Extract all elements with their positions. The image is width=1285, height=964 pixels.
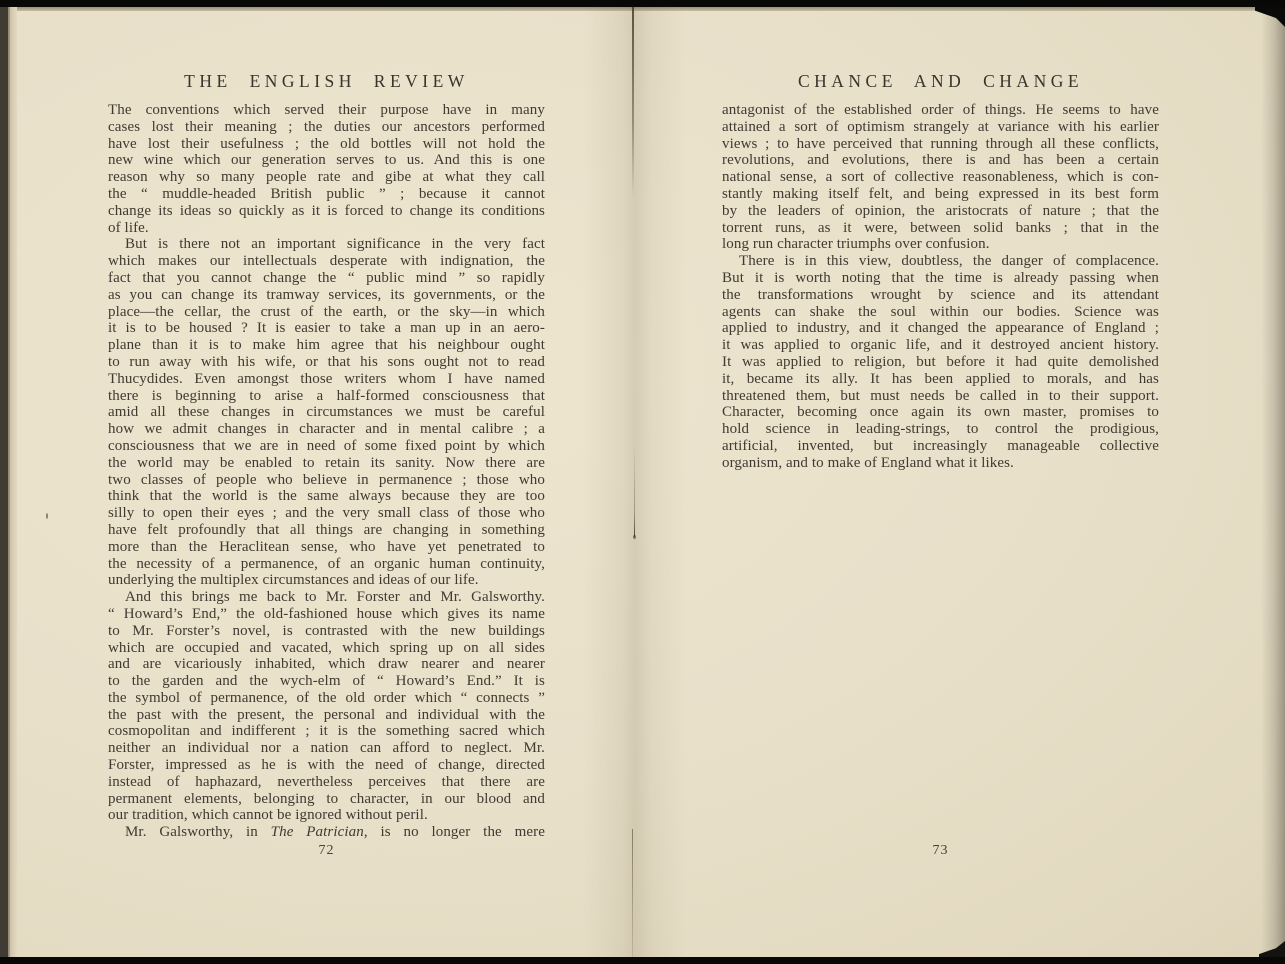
text-line: Mr. Galsworthy, in The Patrician, is no … xyxy=(108,824,545,841)
text-segment: , is no longer the mere xyxy=(364,824,545,840)
text-line: instead of haphazard, nevertheless perce… xyxy=(108,774,545,791)
text-line: to the garden and the wych-elm of “ Howa… xyxy=(108,673,545,690)
text-line: permanent elements, belonging to charact… xyxy=(108,791,545,808)
spine-crease-top xyxy=(632,7,634,197)
left-page-running-header: THE ENGLISH REVIEW xyxy=(108,71,545,92)
text-line: our tradition, which cannot be ignored w… xyxy=(108,807,545,824)
text-line: by the leaders of opinion, the aristocra… xyxy=(722,203,1159,220)
text-line: neither an individual nor a nation can a… xyxy=(108,740,545,757)
text-line: consciousness that we are in need of som… xyxy=(108,438,545,455)
text-line: the transformations wrought by science a… xyxy=(722,287,1159,304)
text-line: It was applied to religion, but before i… xyxy=(722,354,1159,371)
paragraph: But is there not an important significan… xyxy=(108,236,545,589)
text-line: underlying the multiplex circumstances a… xyxy=(108,572,545,589)
text-line: as you can change its tramway services, … xyxy=(108,287,545,304)
left-page-number: 72 xyxy=(108,843,545,859)
paragraph: The conventions which served their purpo… xyxy=(108,102,545,236)
text-line: plane than it is to make him agree that … xyxy=(108,337,545,354)
text-line: the necessity of a permanence, of an org… xyxy=(108,556,545,573)
spine-crease-mid xyxy=(634,445,635,537)
text-line: the world may be enabled to retain its s… xyxy=(108,455,545,472)
text-line: And this brings me back to Mr. Forster a… xyxy=(108,589,545,606)
right-page-number: 73 xyxy=(722,843,1159,859)
italic-book-title: The Patrician xyxy=(271,824,364,840)
text-line: it is to be housed ? It is easier to tak… xyxy=(108,320,545,337)
text-line: views ; to have perceived that running t… xyxy=(722,136,1159,153)
text-line: attained a sort of optimism strangely at… xyxy=(722,119,1159,136)
left-page-paragraphs: The conventions which served their purpo… xyxy=(108,102,545,841)
text-line: There is in this view, doubtless, the da… xyxy=(722,253,1159,270)
text-line: But it is worth noting that the time is … xyxy=(722,270,1159,287)
text-line: there is beginning to arise a half-forme… xyxy=(108,388,545,405)
right-page-running-header: CHANCE AND CHANGE xyxy=(722,71,1159,92)
text-line: which are occupied and vacated, which sp… xyxy=(108,640,545,657)
text-line: have felt profoundly that all things are… xyxy=(108,522,545,539)
text-line: it was applied to organic life, and it d… xyxy=(722,337,1159,354)
text-line: to Mr. Forster’s novel, is contrasted wi… xyxy=(108,623,545,640)
text-line: to run away with his wife, or that his s… xyxy=(108,354,545,371)
text-line: of life. xyxy=(108,220,545,237)
spine-crease-bottom xyxy=(632,829,633,957)
text-line: fact that you cannot change the “ public… xyxy=(108,270,545,287)
text-line: cosmopolitan and indifferent ; it is the… xyxy=(108,723,545,740)
text-line: threatened them, but must needs be calle… xyxy=(722,388,1159,405)
text-line: place—the cellar, the crust of the earth… xyxy=(108,304,545,321)
paragraph: antagonist of the established order of t… xyxy=(722,102,1159,253)
text-line: the “ muddle-headed British public ” ; b… xyxy=(108,186,545,203)
book-pages: THE ENGLISH REVIEW The conventions which… xyxy=(0,7,1285,957)
text-line: organism, and to make of England what it… xyxy=(722,455,1159,472)
text-line: Character, becoming once again its own m… xyxy=(722,404,1159,421)
text-line: Thucydides. Even amongst those writers w… xyxy=(108,371,545,388)
text-line: antagonist of the established order of t… xyxy=(722,102,1159,119)
right-edge-shading xyxy=(1261,7,1285,957)
text-line: But is there not an important significan… xyxy=(108,236,545,253)
text-line: long run character triumphs over confusi… xyxy=(722,236,1159,253)
text-line: the past with the present, the personal … xyxy=(108,707,545,724)
paragraph: And this brings me back to Mr. Forster a… xyxy=(108,589,545,824)
text-line: which makes our intellectuals desperate … xyxy=(108,253,545,270)
text-line: think that the world is the same always … xyxy=(108,488,545,505)
paragraph: There is in this view, doubtless, the da… xyxy=(722,253,1159,471)
ink-speck xyxy=(633,535,636,539)
text-line: The conventions which served their purpo… xyxy=(108,102,545,119)
text-line: cases lost their meaning ; the duties ou… xyxy=(108,119,545,136)
text-line: “ Howard’s End,” the old-fashioned house… xyxy=(108,606,545,623)
text-segment: Mr. Galsworthy, in xyxy=(125,824,271,840)
left-book-edge xyxy=(0,7,17,957)
spine-gutter-shadow xyxy=(583,7,687,957)
text-line: have lost their usefulness ; the old bot… xyxy=(108,136,545,153)
text-line: more than the Heraclitean sense, who hav… xyxy=(108,539,545,556)
ink-speck xyxy=(46,513,48,519)
text-line: and are vicariously inhabited, which dra… xyxy=(108,656,545,673)
text-line: reason why so many people rate and gibe … xyxy=(108,169,545,186)
text-line: change its ideas so quickly as it is for… xyxy=(108,203,545,220)
text-line: Forster, impressed as he is with the nee… xyxy=(108,757,545,774)
left-page: THE ENGLISH REVIEW The conventions which… xyxy=(108,71,545,841)
text-line: silly to open their eyes ; and the very … xyxy=(108,505,545,522)
text-line: amid all these changes in circumstances … xyxy=(108,404,545,421)
text-line: hold science in leading-strings, to cont… xyxy=(722,421,1159,438)
text-line: torrent runs, as it were, between solid … xyxy=(722,220,1159,237)
right-page-paragraphs: antagonist of the established order of t… xyxy=(722,102,1159,472)
paragraph: Mr. Galsworthy, in The Patrician, is no … xyxy=(108,824,545,841)
text-line: agents can shake the soul within our bod… xyxy=(722,304,1159,321)
right-page: CHANCE AND CHANGE antagonist of the esta… xyxy=(722,71,1159,472)
scanned-book-spread: THE ENGLISH REVIEW The conventions which… xyxy=(0,0,1285,964)
text-line: revolutions, and evolutions, there is an… xyxy=(722,152,1159,169)
text-line: it, became its ally. It has been applied… xyxy=(722,371,1159,388)
text-line: the symbol of permanence, of the old ord… xyxy=(108,690,545,707)
text-line: new wine which our generation serves to … xyxy=(108,152,545,169)
text-line: stantly making itself felt, and being ex… xyxy=(722,186,1159,203)
text-line: artificial, invented, but increasingly m… xyxy=(722,438,1159,455)
text-line: national sense, a sort of collective rea… xyxy=(722,169,1159,186)
text-line: two classes of people who believe in per… xyxy=(108,472,545,489)
text-line: applied to industry, and it changed the … xyxy=(722,320,1159,337)
text-line: how we admit changes in character and in… xyxy=(108,421,545,438)
